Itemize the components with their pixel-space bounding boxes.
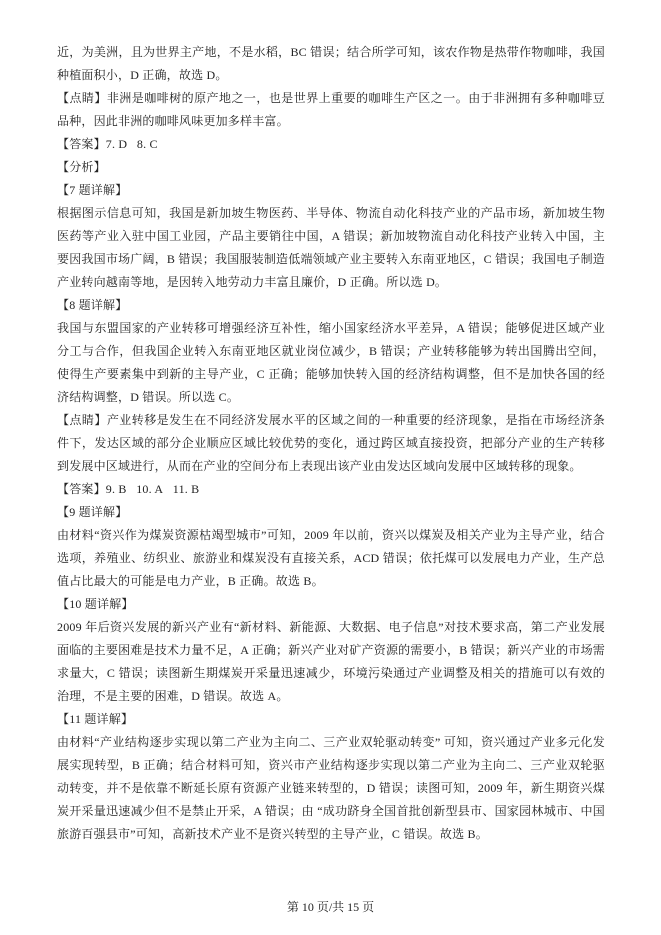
paragraph: 【10 题详解】	[57, 593, 605, 616]
paragraph: 【8 题详解】	[57, 294, 605, 317]
paragraph: 根据图示信息可知，我国是新加坡生物医药、半导体、物流自动化科技产业的产品市场，新…	[57, 202, 605, 294]
paragraph: 2009 年后资兴发展的新兴产业有“新材料、新能源、大数据、电子信息”对技术要求…	[57, 616, 605, 708]
paragraph: 【点睛】产业转移是发生在不同经济发展水平的区域之间的一种重要的经济现象，是指在市…	[57, 409, 605, 478]
paragraph: 【点睛】非洲是咖啡树的原产地之一，也是世界上重要的咖啡生产区之一。由于非洲拥有多…	[57, 87, 605, 133]
paragraph: 【答案】7. D 8. C	[57, 133, 605, 156]
paragraph: 【11 题详解】	[57, 708, 605, 731]
paragraph: 由材料“产业结构逐步实现以第二产业为主向二、三产业双轮驱动转变” 可知，资兴通过…	[57, 731, 605, 846]
paragraph: 【9 题详解】	[57, 501, 605, 524]
document-body: 近，为美洲，且为世界主产地，不是水稻，BC 错误；结合所学可知，该农作物是热带作…	[57, 41, 605, 846]
paragraph: 我国与东盟国家的产业转移可增强经济互补性，缩小国家经济水平差异，A 错误；能够促…	[57, 317, 605, 409]
document-page: 近，为美洲，且为世界主产地，不是水稻，BC 错误；结合所学可知，该农作物是热带作…	[0, 0, 661, 935]
paragraph: 【分析】	[57, 156, 605, 179]
paragraph: 由材料“资兴作为煤炭资源枯竭型城市”可知，2009 年以前，资兴以煤炭及相关产业…	[57, 524, 605, 593]
paragraph: 近，为美洲，且为世界主产地，不是水稻，BC 错误；结合所学可知，该农作物是热带作…	[57, 41, 605, 87]
paragraph: 【7 题详解】	[57, 179, 605, 202]
paragraph: 【答案】9. B 10. A 11. B	[57, 478, 605, 501]
page-number: 第 10 页/共 15 页	[0, 898, 661, 915]
